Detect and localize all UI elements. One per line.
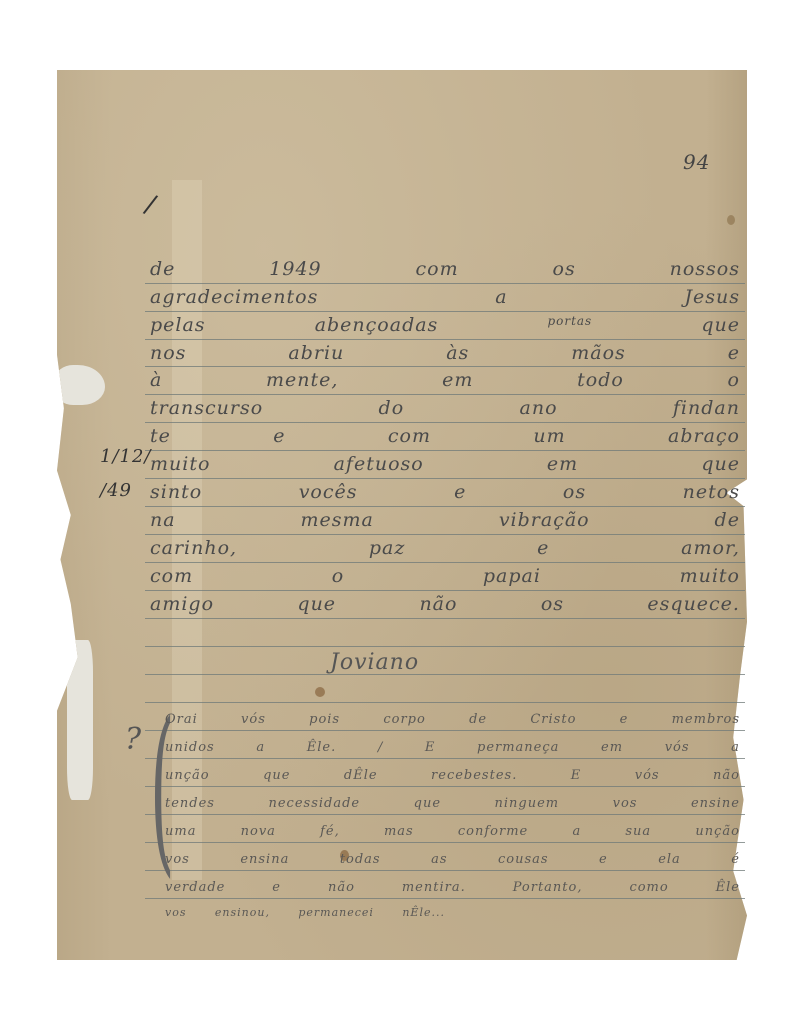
scripture-line: vosensinatodasascousaseelaé <box>165 852 740 867</box>
page-number: 94 <box>683 150 710 174</box>
scripture-line: verdadeenãomentira.Portanto,comoÊle <box>165 880 740 895</box>
letter-line: nosabriuàsmãose <box>150 342 740 364</box>
letter-line: carinho,pazeamor, <box>150 537 740 559</box>
letter-line: de1949comosnossos <box>150 258 740 280</box>
letter-line: àmente,emtodoo <box>150 369 740 391</box>
paper-tear <box>55 365 105 405</box>
margin-date-day-month: 1/12/ <box>100 440 152 474</box>
scripture-line: OraivóspoiscorpodeCristoemembros <box>165 712 740 727</box>
stain <box>315 687 325 697</box>
question-mark-annotation: ? <box>125 722 142 757</box>
scripture-line: unidosaÊle./Epermaneçaemvósa <box>165 740 740 755</box>
letter-line: sintovocêseosnetos <box>150 481 740 503</box>
letter-line: amigoquenãoosesquece. <box>150 593 740 615</box>
paper-tear <box>67 640 93 800</box>
margin-date: 1/12/ /49 <box>100 440 152 508</box>
letter-line: muitoafetuosoemque <box>150 453 740 475</box>
scripture-line: tendesnecessidadequeninguemvosensine <box>165 796 740 811</box>
margin-date-year: /49 <box>100 474 152 508</box>
letter-line: agradecimentosaJesus <box>150 286 740 308</box>
stain <box>727 215 735 225</box>
scripture-line: umanovafé,masconformeasuaunção <box>165 824 740 839</box>
letter-line: pelasabençoadasportasque <box>150 314 740 336</box>
scripture-line: vosensinou,permaneceinÊle... <box>165 906 445 919</box>
signature: Joviano <box>330 650 419 675</box>
letter-line: namesmavibraçãode <box>150 509 740 531</box>
letter-line: comopapaimuito <box>150 565 740 587</box>
letter-line: teecomumabraço <box>150 425 740 447</box>
letter-line: transcursodoanofindan <box>150 397 740 419</box>
scripture-line: unçãoquedÊlerecebestes.Evósnão <box>165 768 740 783</box>
